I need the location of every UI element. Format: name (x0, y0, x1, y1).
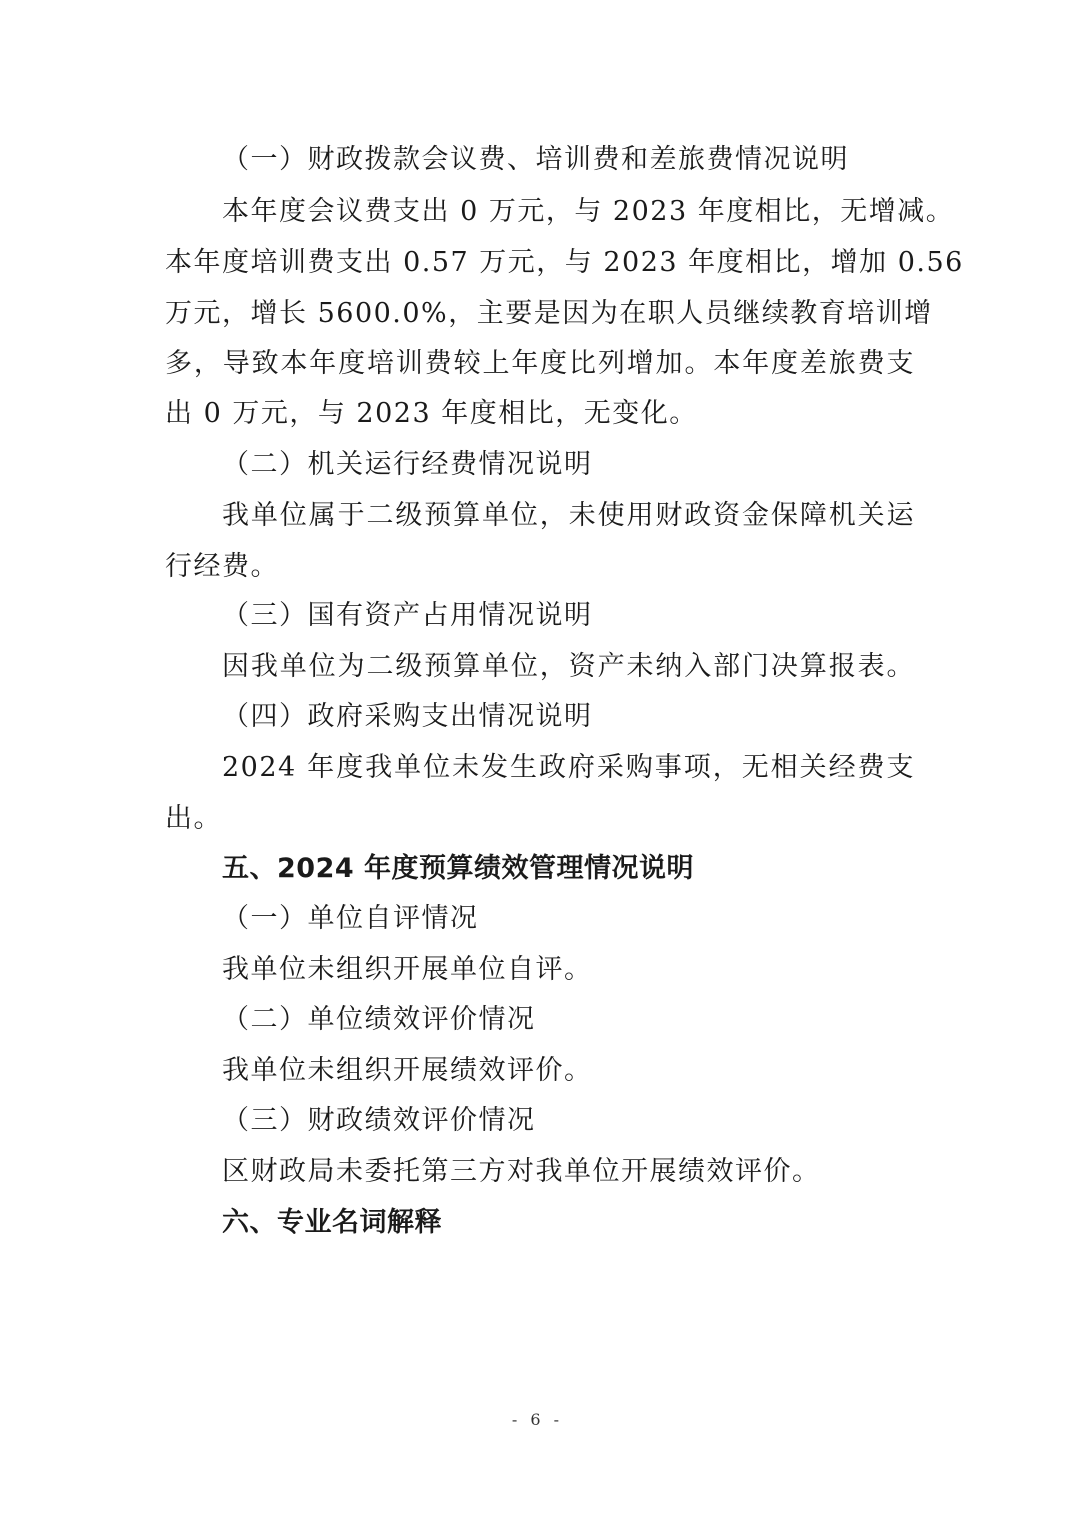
document-page: （一）财政拨款会议费、培训费和差旅费情况说明本年度会议费支出 0 万元，与 20… (0, 0, 1075, 1520)
paragraph-line-s1-p1-l5: 出 0 万元，与 2023 年度相比，无变化。 (165, 396, 915, 432)
paragraph-line-s1-p1-l3: 万元，增长 5600.0%，主要是因为在职人员继续教育培训增 (165, 296, 915, 332)
subsection-heading-h5-s1-title: （一）单位自评情况 (222, 901, 972, 937)
paragraph-line-s4-p1-l2: 出。 (165, 801, 915, 837)
paragraph-line-h5-s2-p1: 我单位未组织开展绩效评价。 (222, 1053, 972, 1089)
section-heading-h5-title: 五、2024 年度预算绩效管理情况说明 (222, 851, 972, 887)
paragraph-line-s1-p1-l1: 本年度会议费支出 0 万元，与 2023 年度相比，无增减。 (222, 194, 915, 230)
subsection-heading-s1-title: （一）财政拨款会议费、培训费和差旅费情况说明 (222, 142, 972, 178)
section-heading-h6-title: 六、专业名词解释 (222, 1205, 972, 1241)
paragraph-line-s2-p1-l1: 我单位属于二级预算单位，未使用财政资金保障机关运 (222, 498, 915, 534)
paragraph-line-s1-p1-l4: 多，导致本年度培训费较上年度比列增加。本年度差旅费支 (165, 346, 915, 382)
subsection-heading-h5-s3-title: （三）财政绩效评价情况 (222, 1103, 972, 1139)
subsection-heading-s2-title: （二）机关运行经费情况说明 (222, 447, 972, 483)
paragraph-line-h5-s3-p1: 区财政局未委托第三方对我单位开展绩效评价。 (222, 1154, 972, 1190)
paragraph-line-s4-p1-l1: 2024 年度我单位未发生政府采购事项，无相关经费支 (222, 750, 915, 786)
paragraph-line-h5-s1-p1: 我单位未组织开展单位自评。 (222, 952, 972, 988)
paragraph-line-s2-p1-l2: 行经费。 (165, 549, 915, 585)
paragraph-line-s3-p1-l1: 因我单位为二级预算单位，资产未纳入部门决算报表。 (222, 649, 915, 685)
subsection-heading-s4-title: （四）政府采购支出情况说明 (222, 699, 972, 735)
paragraph-line-s1-p1-l2: 本年度培训费支出 0.57 万元，与 2023 年度相比，增加 0.56 (165, 245, 915, 281)
subsection-heading-s3-title: （三）国有资产占用情况说明 (222, 598, 972, 634)
subsection-heading-h5-s2-title: （二）单位绩效评价情况 (222, 1002, 972, 1038)
page-number: - 6 - (0, 1410, 1075, 1429)
